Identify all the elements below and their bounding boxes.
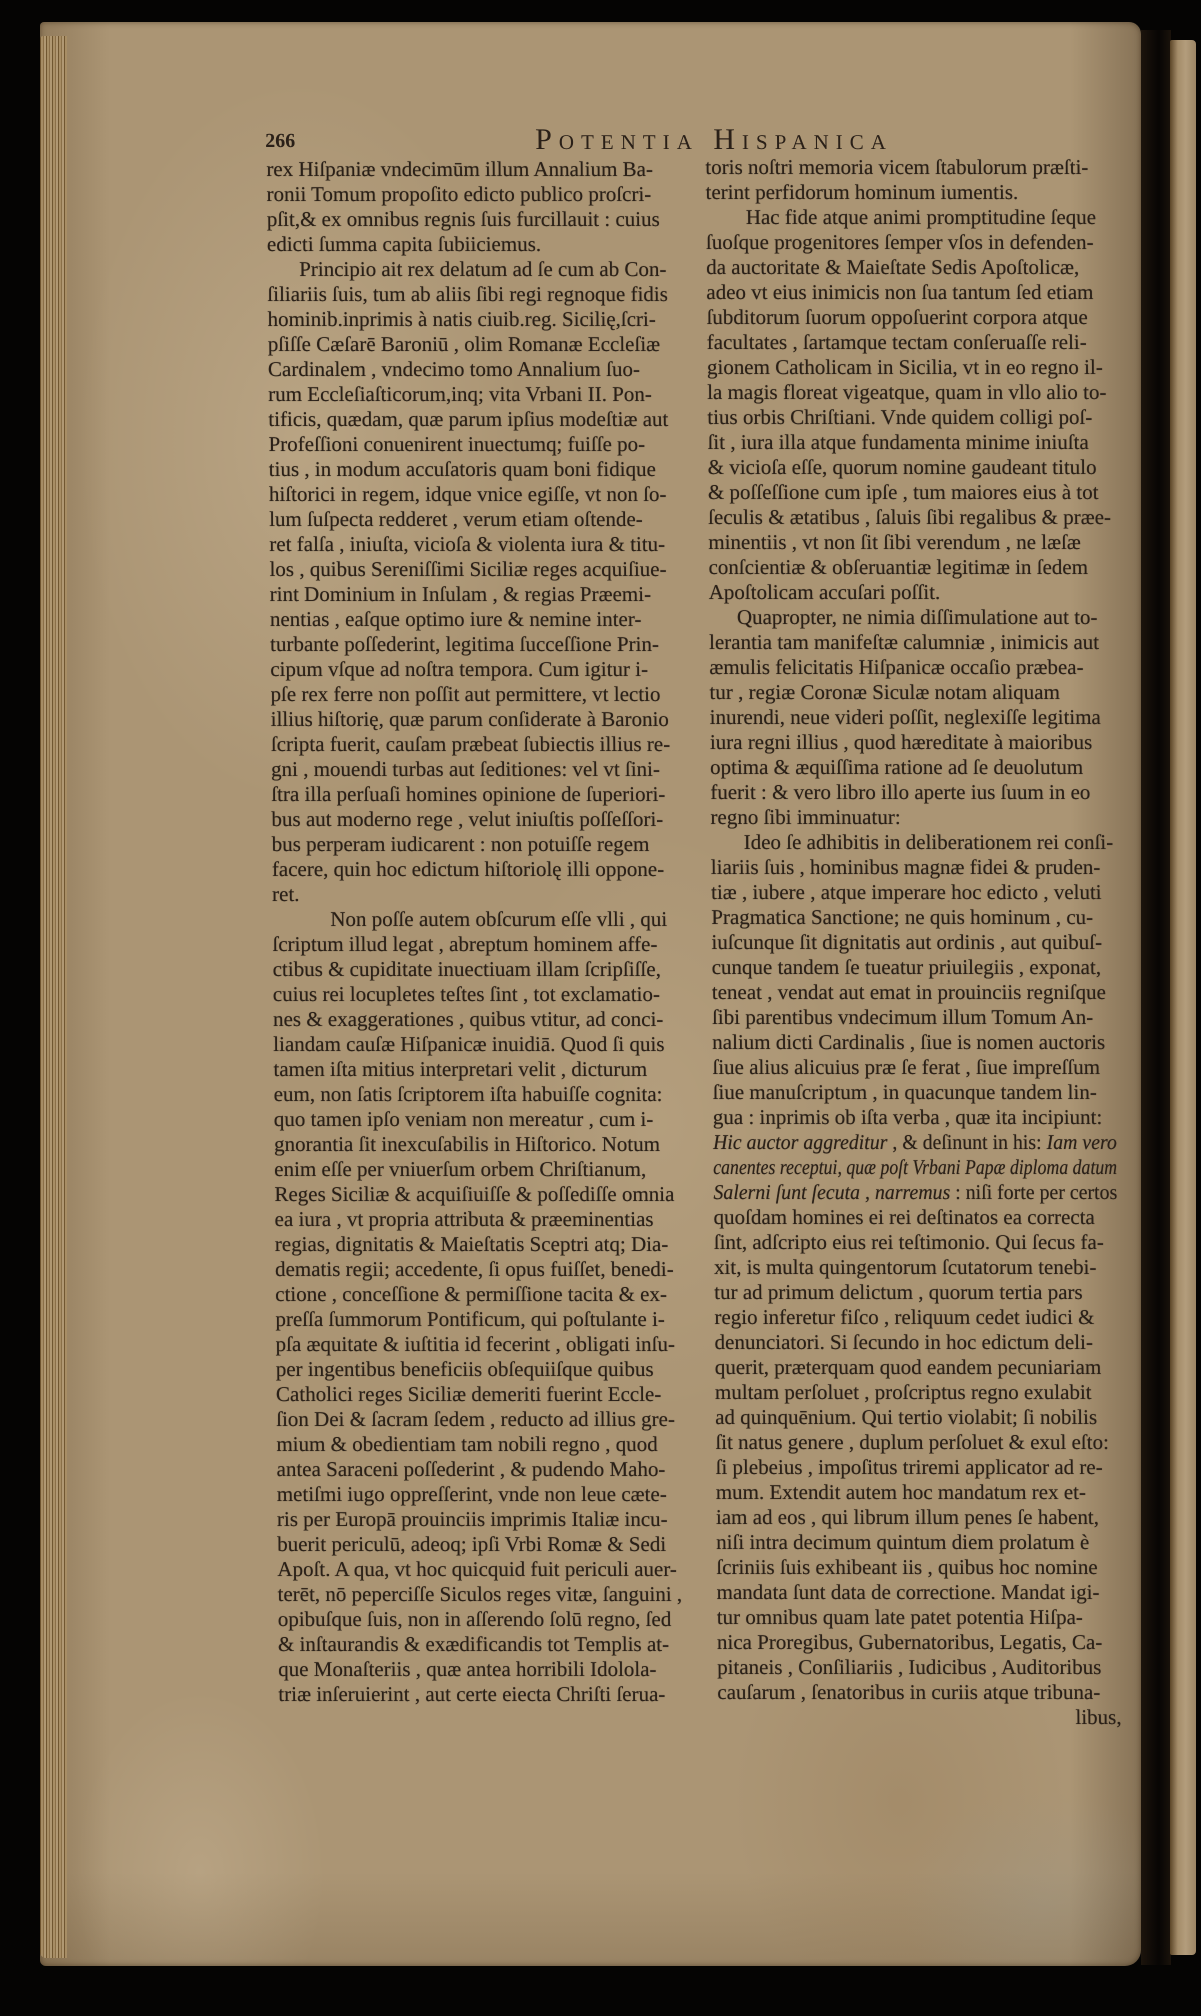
text-line: adeo vt eius inimicis non ſua tantum ſed…	[706, 280, 1110, 305]
line-text: ſint, adſcripto eius rei teſtimonio. Qui…	[714, 1230, 1104, 1255]
line-text: hiſtorici in regem, idque vnice egiſſe, …	[269, 482, 667, 507]
text-line: ſeculis & ætatibus , ſaluis ſibi regalib…	[708, 505, 1112, 530]
text-line: ſcripta fuerit, cauſam præbeat ſubiectis…	[271, 732, 685, 757]
line-text: pitaneis , Conſiliariis , Iudicibus , Au…	[717, 1655, 1101, 1680]
text-line: ſuoſque progenitores ſemper vſos in defe…	[706, 230, 1110, 255]
text-line: ſiue manuſcriptum , in quacunque tandem …	[713, 1080, 1117, 1105]
text-line: tiæ , iubere , atque imperare hoc edicto…	[711, 880, 1115, 905]
text-line: querit, præterquam quod eandem pecuniari…	[715, 1355, 1119, 1380]
text-line: ſion Dei & ſacram ſedem , reducto ad ill…	[276, 1407, 690, 1432]
text-line: tius orbis Chriſtiani. Vnde quidem colli…	[707, 405, 1111, 430]
text-line: Cardinalem , vndecimo tomo Annalium ſuo-	[268, 357, 682, 382]
text-line: ctione , conceſſione & permiſſione tacit…	[275, 1282, 689, 1307]
line-text: regio inferetur fiſco , reliquum cedet i…	[714, 1305, 1094, 1330]
text-line: cipum vſque ad noſtra tempora. Cum igitu…	[270, 657, 684, 682]
text-line: mium & obedientiam tam nobili regno , qu…	[276, 1432, 690, 1457]
line-text: toris noſtri memoria vicem ſtabulorum pr…	[705, 155, 1088, 180]
line-text: ſiliariis ſuis, tum ab aliis ſibi regi r…	[267, 282, 668, 307]
page-number: 266	[265, 131, 295, 151]
text-line: preſſa ſummorum Pontificum, qui poſtulan…	[275, 1307, 689, 1332]
line-text: hominib.inprimis à natis ciuib.reg. Sici…	[267, 307, 655, 332]
line-text: ris per Europā prouinciis imprimis Itali…	[277, 1507, 668, 1532]
line-text: tificis, quædam, quæ parum ipſius modeſt…	[268, 407, 668, 432]
text-line: teneat , vendat aut emat in prouinciis r…	[712, 980, 1116, 1005]
text-line: regno ſibi imminuatur:	[710, 805, 1114, 830]
text-line: optima & æquiſſima ratione ad ſe deuolut…	[710, 755, 1114, 780]
line-text: cuius rei locupletes teſtes ſint , tot e…	[273, 982, 660, 1007]
right-column: toris noſtri memoria vicem ſtabulorum pr…	[705, 155, 1121, 1730]
line-text: antea Saraceni poſſederint , & pudendo M…	[277, 1457, 666, 1482]
text-line: la magis floreat vigeatque, quam in vllo…	[707, 380, 1111, 405]
line-text: gni , mouendi turbas aut ſeditiones: vel…	[271, 757, 660, 782]
line-text: tur ad primum delictum , quorum tertia p…	[714, 1280, 1083, 1305]
text-line: Non poſſe autem obſcurum eſſe vlli , qui	[272, 907, 686, 932]
line-text: Salerni ſunt ſecuta , narremus : niſi fo…	[713, 1180, 1117, 1205]
line-text: ſiue alius alicuius præ ſe ferat , ſiue …	[712, 1055, 1100, 1080]
line-text: ſuoſque progenitores ſemper vſos in defe…	[706, 230, 1094, 255]
line-text: gua : inprimis ob iſta verba , quæ ita i…	[713, 1105, 1103, 1130]
line-text: ſibi parentibus vndecimum illum Tomum An…	[712, 1005, 1093, 1030]
text-line: nentias , eaſque optimo iure & nemine in…	[270, 607, 684, 632]
text-line: pitaneis , Conſiliariis , Iudicibus , Au…	[717, 1655, 1121, 1680]
line-text: æmulis felicitatis Hiſpanicæ occaſio præ…	[709, 655, 1083, 680]
text-line: triæ inſeruierint , aut certe eiecta Chr…	[278, 1682, 692, 1707]
text-line: hiſtorici in regem, idque vnice egiſſe, …	[269, 482, 683, 507]
line-text: multam perſoluet , proſcriptus regno exu…	[715, 1380, 1092, 1405]
line-text: enim eſſe per vniuerſum orbem Chriſtianu…	[274, 1157, 646, 1182]
line-text: Hac fide atque animi promptitudine ſeque	[746, 205, 1096, 230]
text-line: Hic auctor aggreditur , & deſinunt in hi…	[713, 1130, 1117, 1155]
italic-text-segment: canentes receptui, quæ poſt Vrbani Papæ …	[713, 1155, 1117, 1179]
line-text: regias, dignitatis & Maieſtatis Sceptri …	[275, 1232, 669, 1257]
text-line: ſit , iura illa atque fundamenta minime …	[707, 430, 1111, 455]
line-text: regno ſibi imminuatur:	[710, 805, 900, 829]
text-line: dematis regii; accedente, ſi opus fuiſſe…	[275, 1257, 689, 1282]
line-text: mum. Extendit autem hoc mandatum rex et-	[716, 1480, 1086, 1505]
line-text: da auctoritate & Maieſtate Sedis Apoſtol…	[706, 255, 1079, 280]
line-text: Apoſt. A qua, vt hoc quicquid fuit peric…	[277, 1557, 677, 1582]
text-line: æmulis felicitatis Hiſpanicæ occaſio præ…	[709, 655, 1113, 680]
line-text: denunciatori. Si ſecundo in hoc edictum …	[715, 1330, 1094, 1355]
line-text: Quapropter, ne nimia diſſimulatione aut …	[737, 605, 1098, 630]
text-line: & poſſeſſione cum ipſe , tum maiores eiu…	[708, 480, 1112, 505]
line-text: ſcriniis ſuis exhibeant iis , quibus hoc…	[716, 1555, 1097, 1580]
line-text: terēt, nō peperciſſe Siculos reges vitæ,…	[277, 1582, 682, 1607]
text-line: iam ad eos , qui librum illum penes ſe h…	[716, 1505, 1120, 1530]
line-text: canentes receptui, quæ poſt Vrbani Papæ …	[713, 1155, 1117, 1180]
text-line: tamen iſta mitius interpretari velit , d…	[273, 1057, 687, 1082]
line-text: fuerit : & vero libro illo aperte ius ſu…	[710, 780, 1090, 805]
line-text: pſiſſe Cæſarē Baroniū , olim Romanæ Eccl…	[268, 332, 661, 357]
line-text: bus perperam iudicarent : non potuiſſe r…	[272, 832, 650, 857]
text-line: ſit natus genere , duplum perſoluet & ex…	[715, 1430, 1119, 1455]
text-line: ſint, adſcripto eius rei teſtimonio. Qui…	[714, 1230, 1118, 1255]
line-text: Profeſſioni conuenirent inuectumq; fuiſſ…	[268, 432, 645, 457]
line-text: lerantia tam manifeſtæ calumniæ , inimic…	[709, 630, 1099, 655]
text-line: inurendi, neue videri poſſit, neglexiſſe…	[710, 705, 1114, 730]
text-line: ad quinquēnium. Qui tertio violabit; ſi …	[715, 1405, 1119, 1430]
text-line: Catholici reges Siciliæ demeriti fuerint…	[276, 1382, 690, 1407]
text-line: per ingentibus beneficiis obſequiiſque q…	[276, 1357, 690, 1382]
line-text: minentiis , vt non ſit ſibi verendum , n…	[708, 530, 1081, 555]
line-text: cunque tandem ſe tueatur priuilegiis , e…	[712, 955, 1102, 980]
line-text: Reges Siciliæ & acquiſiuiſſe & poſſediſſ…	[274, 1182, 674, 1207]
line-text: cauſarum , ſenatoribus in curiis atque t…	[717, 1680, 1100, 1705]
text-line: lum ſuſpecta redderet , verum etiam oſte…	[269, 507, 683, 532]
line-text: terint perfidorum hominum iumentis.	[705, 180, 1018, 204]
line-text: & inſtaurandis & exædificandis tot Templ…	[278, 1632, 669, 1657]
italic-text-segment: Hic auctor aggreditur	[713, 1130, 888, 1154]
line-text: niſi intra decimum quintum diem prolatum…	[716, 1530, 1089, 1555]
text-line: ſi plebeius , impoſitus triremi applicat…	[715, 1455, 1119, 1480]
line-text: quo tamen ipſo veniam non mereatur , cum…	[274, 1107, 654, 1132]
line-text: ret falſa , iniuſta, vicioſa & violenta …	[269, 532, 665, 557]
text-line: & vicioſa eſſe, quorum nomine gaudeant t…	[708, 455, 1112, 480]
text-line: nes & exaggerationes , quibus vtitur, ad…	[273, 1007, 687, 1032]
line-text: mium & obedientiam tam nobili regno , qu…	[276, 1432, 657, 1457]
text-line: ſcriptum illud legat , abreptum hominem …	[272, 932, 686, 957]
line-text: rex Hiſpaniæ vndecimūm illum Annalium Ba…	[266, 157, 653, 182]
line-text: iuſcunque ſit dignitatis aut ordinis , a…	[711, 930, 1102, 955]
line-text: triæ inſeruierint , aut certe eiecta Chr…	[278, 1682, 665, 1707]
line-text: adeo vt eius inimicis non ſua tantum ſed…	[706, 280, 1093, 305]
text-line: Apoſtolicam accuſari poſſit.	[709, 580, 1113, 605]
text-line: denunciatori. Si ſecundo in hoc edictum …	[715, 1330, 1119, 1355]
text-line: tificis, quædam, quæ parum ipſius modeſt…	[268, 407, 682, 432]
text-line: ret.	[272, 882, 686, 907]
line-text: iam ad eos , qui librum illum penes ſe h…	[716, 1505, 1099, 1530]
line-text: liariis ſuis , hominibus magnæ fidei & p…	[711, 855, 1101, 880]
text-line: rint Dominium in Inſulam , & regias Præe…	[270, 582, 684, 607]
line-text: facultates , ſartamque tectam conſeruaſſ…	[707, 330, 1087, 355]
text-line: cauſarum , ſenatoribus in curiis atque t…	[717, 1680, 1121, 1705]
text-line: pſiſſe Cæſarē Baroniū , olim Romanæ Eccl…	[268, 332, 682, 357]
text-line: ris per Europā prouinciis imprimis Itali…	[277, 1507, 691, 1532]
line-text: tur , regiæ Coronæ Siculæ notam aliquam	[709, 680, 1060, 705]
text-line: liandam cauſæ Hiſpanicæ inuidiā. Quod ſi…	[273, 1032, 687, 1057]
line-text: quoſdam homines ei rei deſtinatos ea cor…	[714, 1205, 1095, 1230]
line-text: Apoſtolicam accuſari poſſit.	[709, 580, 941, 604]
line-text: tius orbis Chriſtiani. Vnde quidem colli…	[707, 405, 1092, 430]
line-text: tamen iſta mitius interpretari velit , d…	[273, 1057, 647, 1082]
line-text: ſiue manuſcriptum , in quacunque tandem …	[713, 1080, 1097, 1105]
text-line: que Monaſteriis , quæ antea horribili Id…	[278, 1657, 692, 1682]
line-text: nalium dicti Cardinalis , ſiue is nomen …	[712, 1030, 1105, 1055]
line-text: illius hiſtorię, quæ parum conſiderate à…	[271, 707, 669, 732]
text-line: rex Hiſpaniæ vndecimūm illum Annalium Ba…	[266, 157, 680, 182]
text-line: minentiis , vt non ſit ſibi verendum , n…	[708, 530, 1112, 555]
text-line: tur omnibus quam late patet potentia Hiſ…	[717, 1605, 1121, 1630]
text-line: cuius rei locupletes teſtes ſint , tot e…	[273, 982, 687, 1007]
text-line: buerit periculū, adeoq; ipſi Vrbi Romæ &…	[277, 1532, 691, 1557]
line-text: gionem Catholicam in Sicilia, vt in eo r…	[707, 355, 1103, 380]
line-text: pſa æquitate & iuſtitia id fecerint , ob…	[276, 1332, 676, 1357]
text-line: toris noſtri memoria vicem ſtabulorum pr…	[705, 155, 1109, 180]
text-line: edicti ſumma capita ſubiiciemus.	[267, 232, 681, 257]
italic-text-segment: Salerni ſunt ſecuta , narremus	[713, 1180, 950, 1204]
text-line: turbante poſſederint, legitima ſucceſſio…	[270, 632, 684, 657]
line-text: & vicioſa eſſe, quorum nomine gaudeant t…	[708, 455, 1097, 480]
line-text: turbante poſſederint, legitima ſucceſſio…	[270, 632, 659, 657]
line-text: ſtra illa perſuaſi homines opinione de ſ…	[271, 782, 665, 807]
line-text: la magis floreat vigeatque, quam in vllo…	[707, 380, 1106, 405]
text-line: gnorantia ſit inexcuſabilis in Hiſtorico…	[274, 1132, 688, 1157]
text-line: Ideo ſe adhibitis in deliberationem rei …	[711, 830, 1115, 855]
line-text: dematis regii; accedente, ſi opus fuiſſe…	[275, 1257, 674, 1282]
line-text: Ideo ſe adhibitis in deliberationem rei …	[744, 830, 1114, 855]
line-text: Cardinalem , vndecimo tomo Annalium ſuo-	[268, 357, 640, 382]
line-text: nica Proregibus, Gubernatoribus, Legatis…	[717, 1630, 1103, 1655]
text-line: da auctoritate & Maieſtate Sedis Apoſtol…	[706, 255, 1110, 280]
text-line: pſa æquitate & iuſtitia id fecerint , ob…	[276, 1332, 690, 1357]
text-line: tur ad primum delictum , quorum tertia p…	[714, 1280, 1118, 1305]
line-text: xit, is multa quingentorum ſcutatorum te…	[714, 1255, 1097, 1280]
line-text: ronii Tomum propoſito edicto publico pro…	[266, 182, 651, 207]
line-text: opibuſque ſuis, non in aſſerendo ſolū re…	[278, 1607, 672, 1632]
line-text: Pragmatica Sanctione; ne quis hominum , …	[711, 905, 1093, 930]
text-line: hominib.inprimis à natis ciuib.reg. Sici…	[267, 307, 681, 332]
text-line: illius hiſtorię, quæ parum conſiderate à…	[271, 707, 685, 732]
line-text: ſi plebeius , impoſitus triremi applicat…	[715, 1455, 1102, 1480]
text-line: canentes receptui, quæ poſt Vrbani Papæ …	[713, 1155, 1117, 1180]
text-line: gni , mouendi turbas aut ſeditiones: vel…	[271, 757, 685, 782]
text-line: bus perperam iudicarent : non potuiſſe r…	[272, 832, 686, 857]
line-text: tur omnibus quam late patet potentia Hiſ…	[717, 1605, 1083, 1630]
line-text: ſion Dei & ſacram ſedem , reducto ad ill…	[276, 1407, 675, 1432]
text-line: liariis ſuis , hominibus magnæ fidei & p…	[711, 855, 1115, 880]
line-text: lum ſuſpecta redderet , verum etiam oſte…	[269, 507, 643, 532]
line-text: buerit periculū, adeoq; ipſi Vrbi Romæ &…	[277, 1532, 666, 1557]
text-line: ſibi parentibus vndecimum illum Tomum An…	[712, 1005, 1116, 1030]
line-text: ctibus & cupiditate inuectiuam illam ſcr…	[273, 957, 661, 982]
text-line: ſubditorum ſuorum oppoſuerint corpora at…	[706, 305, 1110, 330]
text-line: nica Proregibus, Gubernatoribus, Legatis…	[717, 1630, 1121, 1655]
line-text: nes & exaggerationes , quibus vtitur, ad…	[273, 1007, 663, 1032]
line-text: iura regni illius , quod hæreditate à ma…	[710, 730, 1093, 755]
text-line: xit, is multa quingentorum ſcutatorum te…	[714, 1255, 1118, 1280]
line-text: libus,	[1075, 1705, 1121, 1729]
text-line: Profeſſioni conuenirent inuectumq; fuiſſ…	[268, 432, 682, 457]
text-line: ſiue alius alicuius præ ſe ferat , ſiue …	[712, 1055, 1116, 1080]
line-text: per ingentibus beneficiis obſequiiſque q…	[276, 1357, 654, 1382]
text-line: gionem Catholicam in Sicilia, vt in eo r…	[707, 355, 1111, 380]
text-line: pſit,& ex omnibus regnis ſuis furcillaui…	[267, 207, 681, 232]
text-line: Principio ait rex delatum ad ſe cum ab C…	[267, 257, 681, 282]
text-line: ſtra illa perſuaſi homines opinione de ſ…	[271, 782, 685, 807]
line-text: ſeculis & ætatibus , ſaluis ſibi regalib…	[708, 505, 1111, 530]
line-text: ſit , iura illa atque fundamenta minime …	[707, 430, 1088, 455]
line-text: conſcientiæ & obſeruantiæ legitimæ in ſe…	[708, 555, 1088, 580]
printed-text-block: 266 Potentia Hispanica rex Hiſpaniæ vnde…	[0, 120, 1201, 1760]
left-column: rex Hiſpaniæ vndecimūm illum Annalium Ba…	[266, 157, 692, 1707]
text-line: metiſmi iugo oppreſſerint, vnde non leue…	[277, 1482, 691, 1507]
text-segment: : niſi forte per certos	[950, 1180, 1117, 1204]
text-line: Reges Siciliæ & acquiſiuiſſe & poſſediſſ…	[274, 1182, 688, 1207]
line-text: ſubditorum ſuorum oppoſuerint corpora at…	[706, 305, 1087, 330]
text-line: antea Saraceni poſſederint , & pudendo M…	[277, 1457, 691, 1482]
running-title: Potentia Hispanica	[535, 125, 893, 155]
line-text: bus aut moderno rege , velut iniuſtis po…	[271, 807, 663, 832]
text-line: facultates , ſartamque tectam conſeruaſſ…	[707, 330, 1111, 355]
line-text: ea iura , vt propria attributa & præemin…	[275, 1207, 654, 1232]
line-text: Hic auctor aggreditur , & deſinunt in hi…	[713, 1130, 1117, 1155]
text-line: lerantia tam manifeſtæ calumniæ , inimic…	[709, 630, 1113, 655]
line-text: cipum vſque ad noſtra tempora. Cum igitu…	[270, 657, 648, 682]
text-line: conſcientiæ & obſeruantiæ legitimæ in ſe…	[708, 555, 1112, 580]
line-text: tiæ , iubere , atque imperare hoc edicto…	[711, 880, 1102, 905]
text-line: enim eſſe per vniuerſum orbem Chriſtianu…	[274, 1157, 688, 1182]
text-line: terint perfidorum hominum iumentis.	[705, 180, 1109, 205]
line-text: pſit,& ex omnibus regnis ſuis furcillaui…	[267, 207, 660, 232]
text-line: iura regni illius , quod hæreditate à ma…	[710, 730, 1114, 755]
line-text: metiſmi iugo oppreſſerint, vnde non leue…	[277, 1482, 667, 1507]
line-text: teneat , vendat aut emat in prouinciis r…	[712, 980, 1106, 1005]
text-line: Hac fide atque animi promptitudine ſeque	[706, 205, 1110, 230]
text-line: facere, quin hoc edictum hiſtoriolę illi…	[272, 857, 686, 882]
line-text: los , quibus Sereniſſimi Siciliæ reges a…	[269, 557, 666, 582]
text-line: mum. Extendit autem hoc mandatum rex et-	[716, 1480, 1120, 1505]
line-text: pſe rex ferre non poſſit aut permittere,…	[270, 682, 660, 707]
line-text: ſcriptum illud legat , abreptum hominem …	[272, 932, 657, 957]
line-text: facere, quin hoc edictum hiſtoriolę illi…	[272, 857, 664, 882]
text-line: cunque tandem ſe tueatur priuilegiis , e…	[712, 955, 1116, 980]
text-line: iuſcunque ſit dignitatis aut ordinis , a…	[711, 930, 1115, 955]
text-line: quo tamen ipſo veniam non mereatur , cum…	[274, 1107, 688, 1132]
line-text: preſſa ſummorum Pontificum, qui poſtulan…	[275, 1307, 665, 1332]
text-line: quoſdam homines ei rei deſtinatos ea cor…	[714, 1205, 1118, 1230]
line-text: Catholici reges Siciliæ demeriti fuerint…	[276, 1382, 661, 1407]
line-text: ret.	[272, 882, 300, 906]
text-line: pſe rex ferre non poſſit aut permittere,…	[270, 682, 684, 707]
text-line: tius , in modum accuſatoris quam boni fi…	[269, 457, 683, 482]
text-line: nalium dicti Cardinalis , ſiue is nomen …	[712, 1030, 1116, 1055]
text-line: Pragmatica Sanctione; ne quis hominum , …	[711, 905, 1115, 930]
text-line: mandata ſunt data de correctione. Mandat…	[716, 1580, 1120, 1605]
line-text: liandam cauſæ Hiſpanicæ inuidiā. Quod ſi…	[273, 1032, 664, 1057]
line-text: mandata ſunt data de correctione. Mandat…	[716, 1580, 1099, 1605]
text-line: multam perſoluet , proſcriptus regno exu…	[715, 1380, 1119, 1405]
line-text: gnorantia ſit inexcuſabilis in Hiſtorico…	[274, 1132, 660, 1157]
line-text: ad quinquēnium. Qui tertio violabit; ſi …	[715, 1405, 1097, 1430]
line-text: ctione , conceſſione & permiſſione tacit…	[275, 1282, 667, 1307]
line-text: inurendi, neue videri poſſit, neglexiſſe…	[710, 705, 1101, 730]
text-line: ctibus & cupiditate inuectiuam illam ſcr…	[273, 957, 687, 982]
line-text: Non poſſe autem obſcurum eſſe vlli , qui	[330, 907, 667, 932]
text-line: ea iura , vt propria attributa & præemin…	[275, 1207, 689, 1232]
line-text: tius , in modum accuſatoris quam boni fi…	[269, 457, 656, 482]
text-line: bus aut moderno rege , velut iniuſtis po…	[271, 807, 685, 832]
text-line: los , quibus Sereniſſimi Siciliæ reges a…	[269, 557, 683, 582]
text-line: ſiliariis ſuis, tum ab aliis ſibi regi r…	[267, 282, 681, 307]
text-line: opibuſque ſuis, non in aſſerendo ſolū re…	[278, 1607, 692, 1632]
text-line: regio inferetur fiſco , reliquum cedet i…	[714, 1305, 1118, 1330]
text-line: eum, non ſatis ſcriptorem iſta habuiſſe …	[274, 1082, 688, 1107]
text-line: rum Eccleſiaſticorum,inq; vita Vrbani II…	[268, 382, 682, 407]
text-line: Salerni ſunt ſecuta , narremus : niſi fo…	[713, 1180, 1117, 1205]
line-text: ſit natus genere , duplum perſoluet & ex…	[715, 1430, 1109, 1455]
text-line: ronii Tomum propoſito edicto publico pro…	[266, 182, 680, 207]
line-text: que Monaſteriis , quæ antea horribili Id…	[278, 1657, 657, 1682]
text-line: & inſtaurandis & exædificandis tot Templ…	[278, 1632, 692, 1657]
text-line: libus,	[717, 1705, 1121, 1730]
text-line: Apoſt. A qua, vt hoc quicquid fuit peric…	[277, 1557, 691, 1582]
line-text: Principio ait rex delatum ad ſe cum ab C…	[299, 257, 666, 282]
text-line: Quapropter, ne nimia diſſimulatione aut …	[709, 605, 1113, 630]
line-text: rum Eccleſiaſticorum,inq; vita Vrbani II…	[268, 382, 652, 407]
text-segment: , & deſinunt in his:	[887, 1130, 1046, 1154]
text-line: niſi intra decimum quintum diem prolatum…	[716, 1530, 1120, 1555]
text-line: ret falſa , iniuſta, vicioſa & violenta …	[269, 532, 683, 557]
text-line: gua : inprimis ob iſta verba , quæ ita i…	[713, 1105, 1117, 1130]
text-line: tur , regiæ Coronæ Siculæ notam aliquam	[709, 680, 1113, 705]
line-text: ſcripta fuerit, cauſam præbeat ſubiectis…	[271, 732, 670, 757]
italic-text-segment: Iam vero	[1046, 1130, 1116, 1154]
line-text: edicti ſumma capita ſubiiciemus.	[267, 232, 541, 256]
text-line: terēt, nō peperciſſe Siculos reges vitæ,…	[277, 1582, 691, 1607]
line-text: optima & æquiſſima ratione ad ſe deuolut…	[710, 755, 1083, 780]
line-text: nentias , eaſque optimo iure & nemine in…	[270, 607, 642, 632]
text-line: regias, dignitatis & Maieſtatis Sceptri …	[275, 1232, 689, 1257]
line-text: eum, non ſatis ſcriptorem iſta habuiſſe …	[274, 1082, 663, 1107]
line-text: querit, præterquam quod eandem pecuniari…	[715, 1355, 1102, 1380]
text-line: ſcriniis ſuis exhibeant iis , quibus hoc…	[716, 1555, 1120, 1580]
line-text: rint Dominium in Inſulam , & regias Præe…	[270, 582, 651, 607]
text-line: fuerit : & vero libro illo aperte ius ſu…	[710, 780, 1114, 805]
line-text: & poſſeſſione cum ipſe , tum maiores eiu…	[708, 480, 1099, 505]
